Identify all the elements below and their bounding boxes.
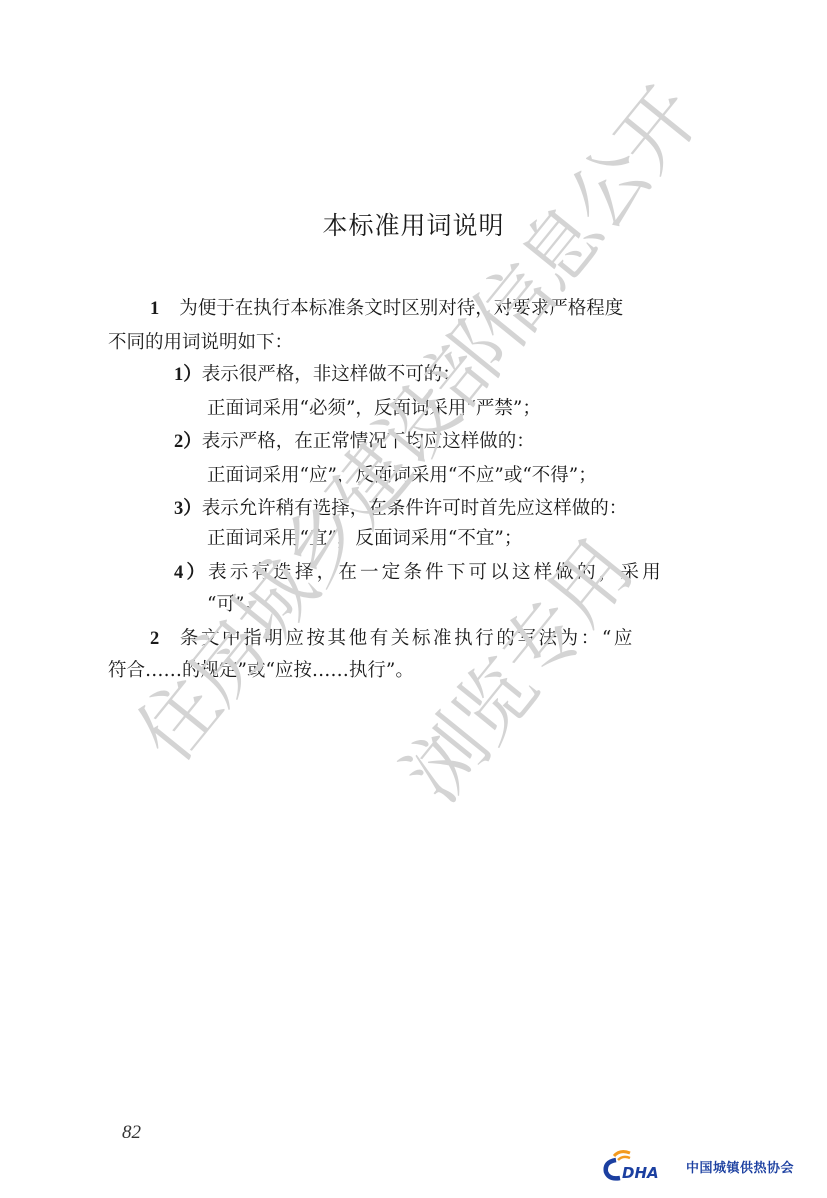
clause-1-line-2: 不同的用词说明如下： — [108, 326, 293, 360]
list-item-3: 3）表示允许稍有选择，在条件许可时首先应这样做的： — [174, 492, 627, 526]
item-marker: 3） — [174, 499, 202, 519]
cdha-logo-icon: DHA — [600, 1150, 680, 1182]
list-item-4-detail: “可”。 — [207, 588, 263, 622]
page-title: 本标准用词说明 — [0, 206, 827, 242]
item-marker: 4） — [174, 563, 208, 583]
page-number: 82 — [122, 1122, 141, 1144]
list-item-2-detail: 正面词采用“应”，反面词采用“不应”或“不得”； — [207, 459, 597, 493]
list-item-2: 2）表示严格，在正常情况下均应这样做的： — [174, 425, 535, 459]
clause-text: 为便于在执行本标准条文时区别对待，对要求严格程度 — [179, 298, 623, 319]
item-desc: 表示允许稍有选择，在条件许可时首先应这样做的： — [202, 498, 628, 519]
list-item-3-detail: 正面词采用“宜”，反面词采用“不宜”； — [207, 522, 522, 556]
clause-text: 条文中指明应按其他有关标准执行的写法为：“应 — [180, 628, 635, 649]
clause-2-line-1: 2条文中指明应按其他有关标准执行的写法为：“应 — [150, 622, 635, 656]
logo-text: 中国城镇供热协会 — [686, 1157, 794, 1176]
clause-number: 1 — [150, 299, 159, 319]
clause-2-line-2: 符合……的规定”或“应按……执行”。 — [108, 654, 414, 688]
svg-text:DHA: DHA — [622, 1164, 659, 1182]
item-marker: 2） — [174, 432, 202, 452]
document-page: 本标准用词说明 1为便于在执行本标准条文时区别对待，对要求严格程度 不同的用词说… — [0, 0, 827, 1198]
list-item-1: 1）表示很严格，非这样做不可的： — [174, 358, 461, 392]
item-marker: 1） — [174, 365, 202, 385]
item-desc: 表示有选择，在一定条件下可以这样做的，采用 — [208, 562, 664, 583]
clause-1-line-1: 1为便于在执行本标准条文时区别对待，对要求严格程度 — [150, 292, 623, 326]
item-desc: 表示严格，在正常情况下均应这样做的： — [202, 431, 535, 452]
item-desc: 表示很严格，非这样做不可的： — [202, 364, 461, 385]
footer-logo: DHA 中国城镇供热协会 — [600, 1150, 794, 1182]
list-item-4: 4）表示有选择，在一定条件下可以这样做的，采用 — [174, 556, 664, 590]
list-item-1-detail: 正面词采用“必须”，反面词采用“严禁”； — [207, 392, 541, 426]
clause-number: 2 — [150, 629, 162, 649]
